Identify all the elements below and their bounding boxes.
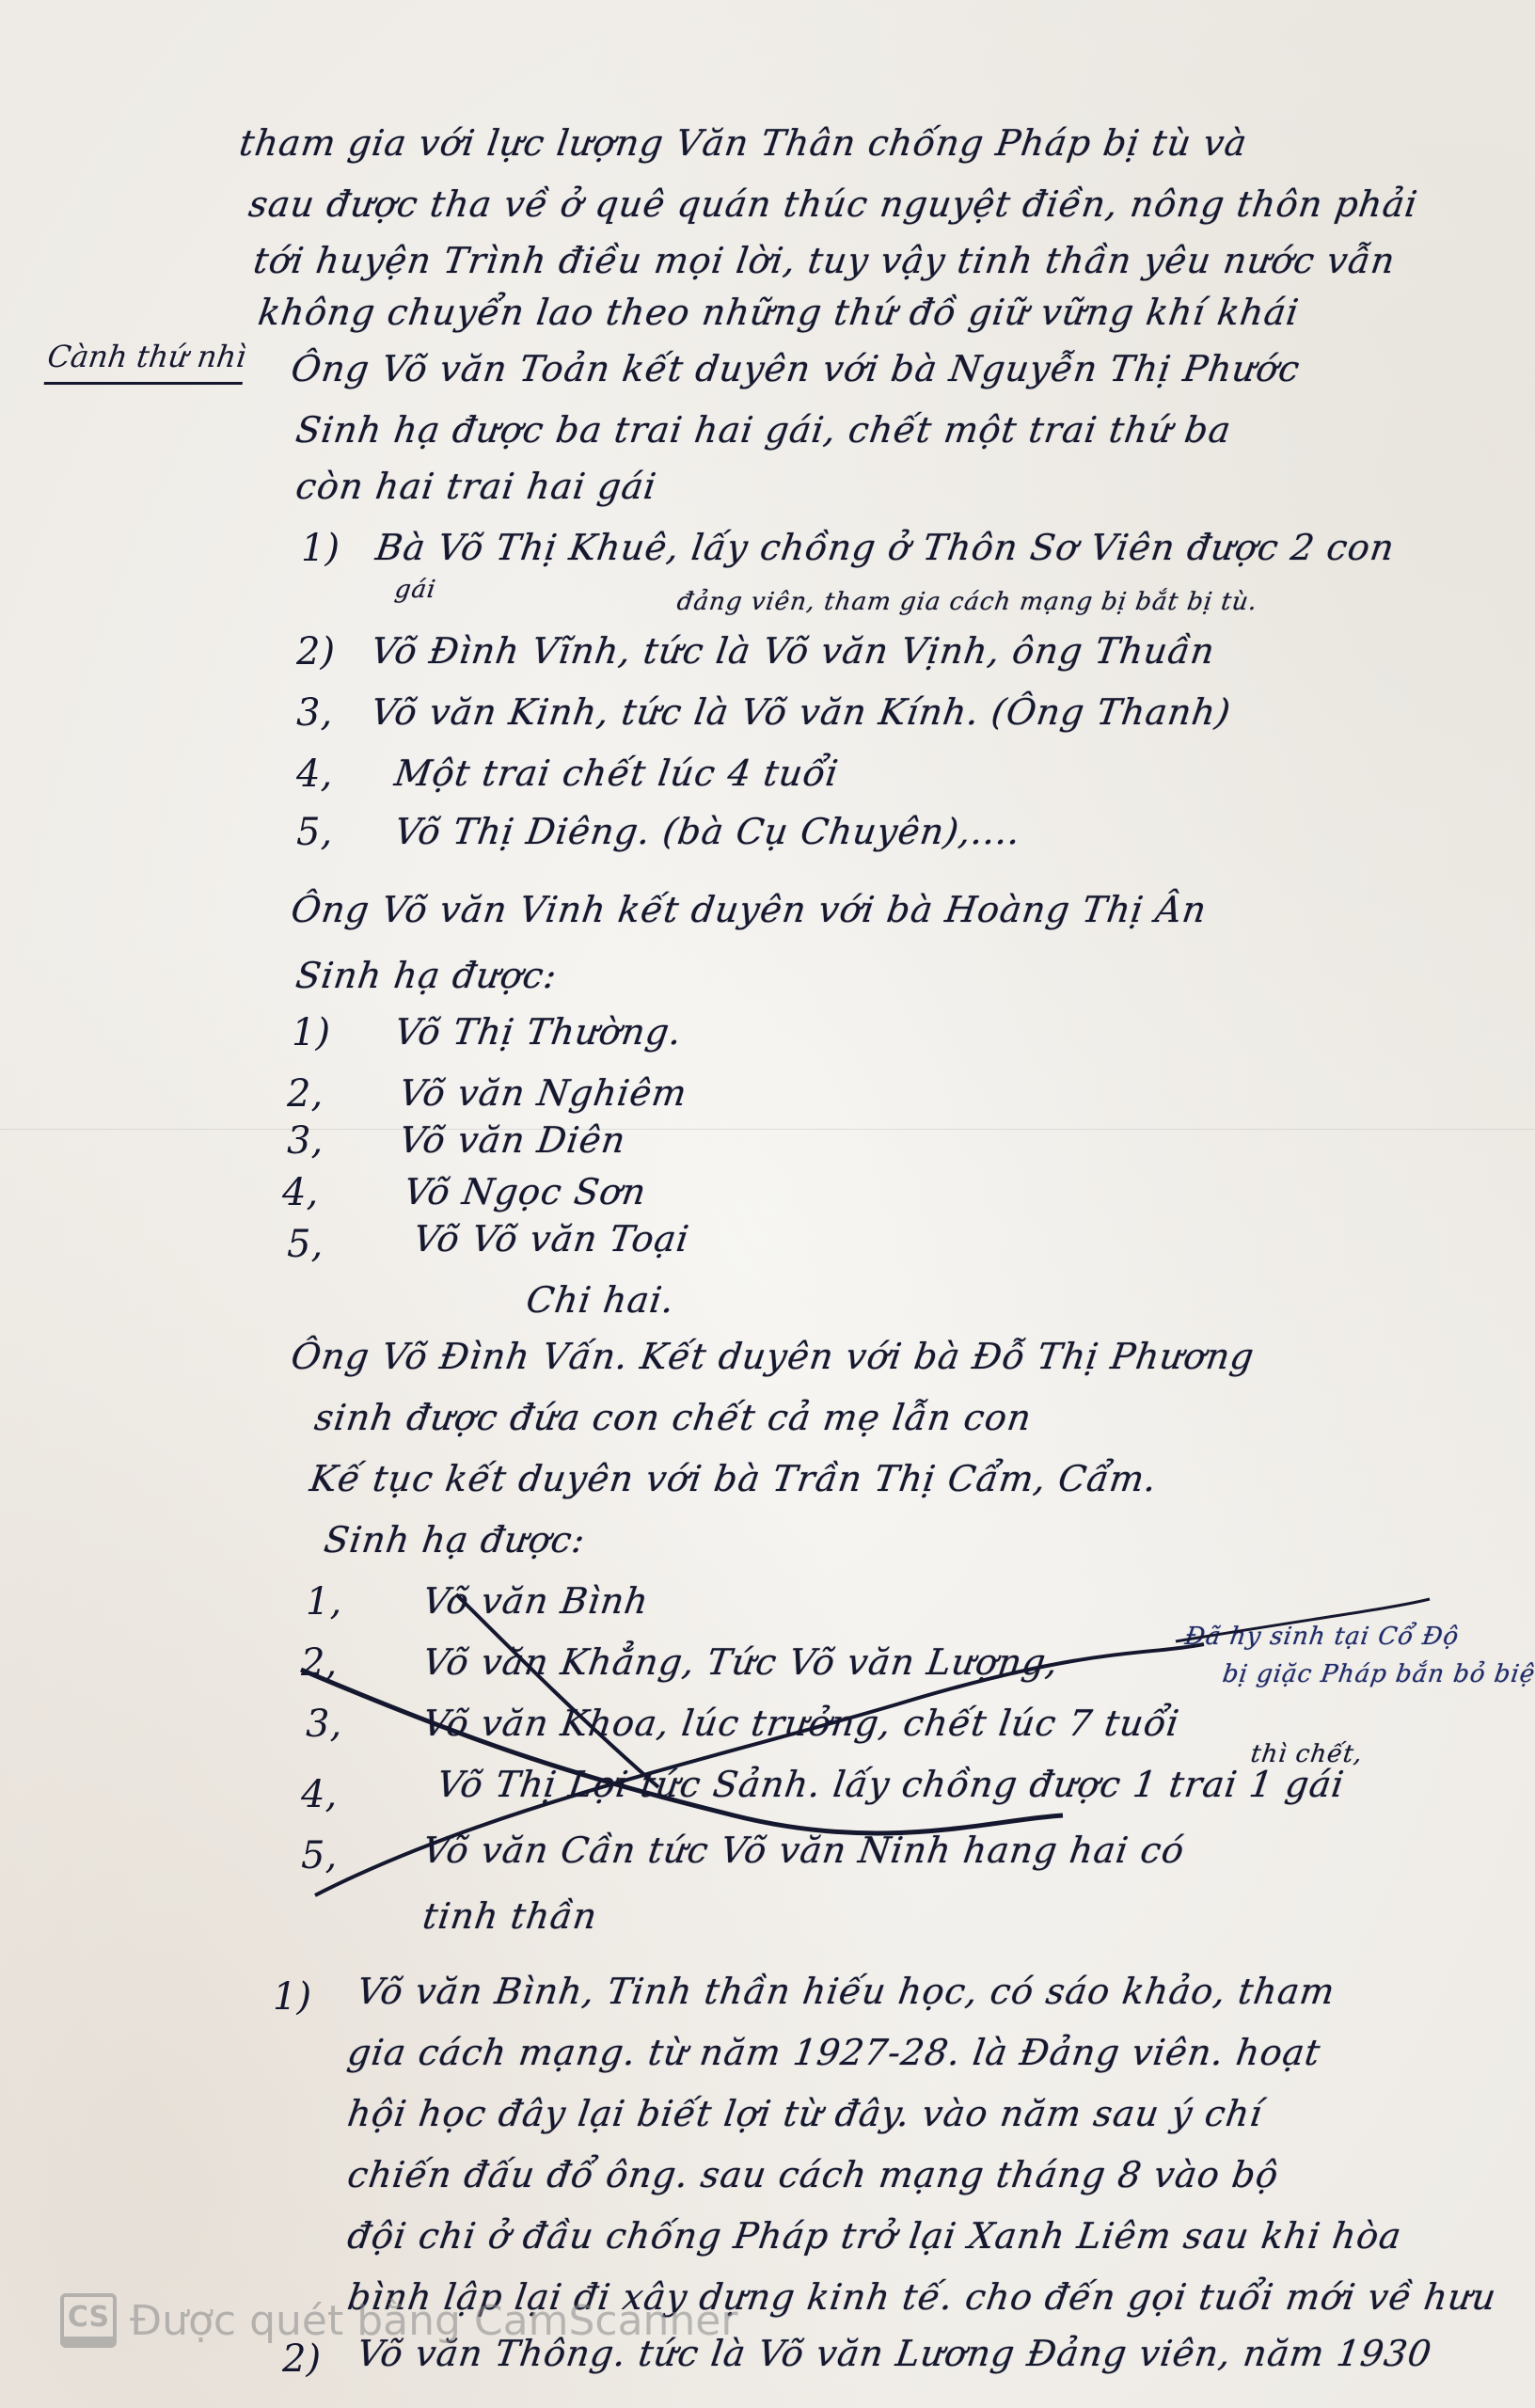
list-number: 1) (301, 527, 340, 570)
list-number: 5, (296, 811, 332, 854)
intro-line-4: không chuyển lao theo những thứ đồ giữ v… (256, 292, 1302, 333)
list-item: Võ văn Khẳng, Tức Võ văn Lượng, (420, 1641, 1061, 1683)
section1-heading-1: Ông Võ văn Toản kết duyên với bà Nguyễn … (289, 348, 1303, 389)
section3-heading-1: Ông Võ Đình Vấn. Kết duyên với bà Đỗ Thị… (289, 1336, 1258, 1377)
list-item: Võ văn Kinh, tức là Võ văn Kính. (Ông Th… (369, 691, 1234, 733)
list-number: 2) (296, 630, 335, 673)
section3-heading-2: sinh được đứa con chết cả mẹ lẫn con (312, 1397, 1035, 1438)
intro-line-2: sau được tha về ở quê quán thúc nguyệt đ… (246, 183, 1420, 225)
list-item-continuation: gái (393, 576, 438, 604)
intro-line-1: tham gia với lực lượng Văn Thân chống Ph… (237, 122, 1250, 164)
list-item: Võ Ngọc Sơn (402, 1171, 649, 1212)
list-item: Bà Võ Thị Khuê, lấy chồng ở Thôn Sơ Viên… (373, 527, 1398, 568)
section2-heading-2: Sinh hạ được: (293, 955, 560, 996)
list-item: Võ Võ văn Toại (411, 1218, 692, 1259)
camscanner-watermark: CS Được quét bằng CamScanner (60, 2293, 737, 2348)
list-item: Võ văn Bình (420, 1580, 652, 1622)
list-number: 2, (287, 1072, 323, 1116)
watermark-text: Được quét bằng CamScanner (130, 2297, 737, 2345)
list-item: Võ văn Diên (397, 1119, 628, 1161)
list-number: 2, (301, 1641, 337, 1685)
section1-heading-3: còn hai trai hai gái (293, 466, 659, 507)
list-number: 4, (301, 1773, 337, 1816)
entry-line: hội học đây lại biết lợi từ đây. vào năm… (345, 2093, 1265, 2134)
entry-line: Võ văn Bình, Tinh thần hiếu học, có sáo … (355, 1971, 1337, 2012)
entry-line: đội chi ở đầu chống Pháp trở lại Xanh Li… (345, 2215, 1404, 2257)
paper-fold-line (0, 1129, 1535, 1130)
list-item-annotation: Đã hy sinh tại Cổ Độ (1183, 1623, 1461, 1651)
list-number: 1) (292, 1011, 330, 1054)
list-number: 1) (273, 1975, 311, 2019)
list-item-continuation: tinh thần (420, 1895, 600, 1937)
entry-line: chiến đấu đổ ông. sau cách mạng tháng 8 … (345, 2154, 1282, 2195)
list-number: 5, (287, 1223, 323, 1266)
list-number: 5, (301, 1834, 337, 1877)
section3-heading-4: Sinh hạ được: (322, 1519, 588, 1560)
list-item: Một trai chết lúc 4 tuổi (392, 752, 842, 794)
list-number: 4, (282, 1171, 318, 1214)
list-item: Võ Thị Diêng. (bà Cụ Chuyên),.... (392, 811, 1023, 852)
list-item: Võ văn Nghiêm (397, 1072, 689, 1114)
section2-heading-1: Ông Võ văn Vinh kết duyên với bà Hoàng T… (289, 889, 1210, 930)
list-item: Võ văn Khoa, lúc trưởng, chết lúc 7 tuổi (420, 1703, 1182, 1744)
intro-line-3: tới huyện Trình điều mọi lời, tuy vậy ti… (251, 240, 1399, 281)
list-item: Võ Thị Lợi tức Sảnh. lấy chồng được 1 tr… (435, 1764, 1347, 1805)
list-item-annotation: bị giặc Pháp bắn bỏ biệt (1221, 1660, 1535, 1688)
list-number: 3, (296, 691, 332, 735)
section3-subtitle: Chi hai. (524, 1279, 677, 1321)
entry-line: gia cách mạng. từ năm 1927-28. là Đảng v… (345, 2032, 1323, 2073)
list-number: 3, (306, 1703, 341, 1746)
list-item-annotation: đảng viên, tham gia cách mạng bị bắt bị … (675, 588, 1259, 616)
section1-heading-2: Sinh hạ được ba trai hai gái, chết một t… (293, 409, 1234, 451)
list-item: Võ văn Cần tức Võ văn Ninh hang hai có (420, 1830, 1187, 1871)
margin-note: Cành thứ nhì (44, 339, 249, 385)
list-number: 1, (306, 1580, 341, 1624)
list-item: Võ Thị Thường. (392, 1011, 685, 1053)
section3-heading-3: Kế tục kết duyên với bà Trần Thị Cẩm, Cẩ… (308, 1458, 1160, 1499)
list-item: Võ Đình Vĩnh, tức là Võ văn Vịnh, ông Th… (369, 630, 1218, 672)
list-number: 3, (287, 1119, 323, 1163)
list-number: 4, (296, 752, 332, 796)
camscanner-logo-icon: CS (60, 2293, 117, 2348)
